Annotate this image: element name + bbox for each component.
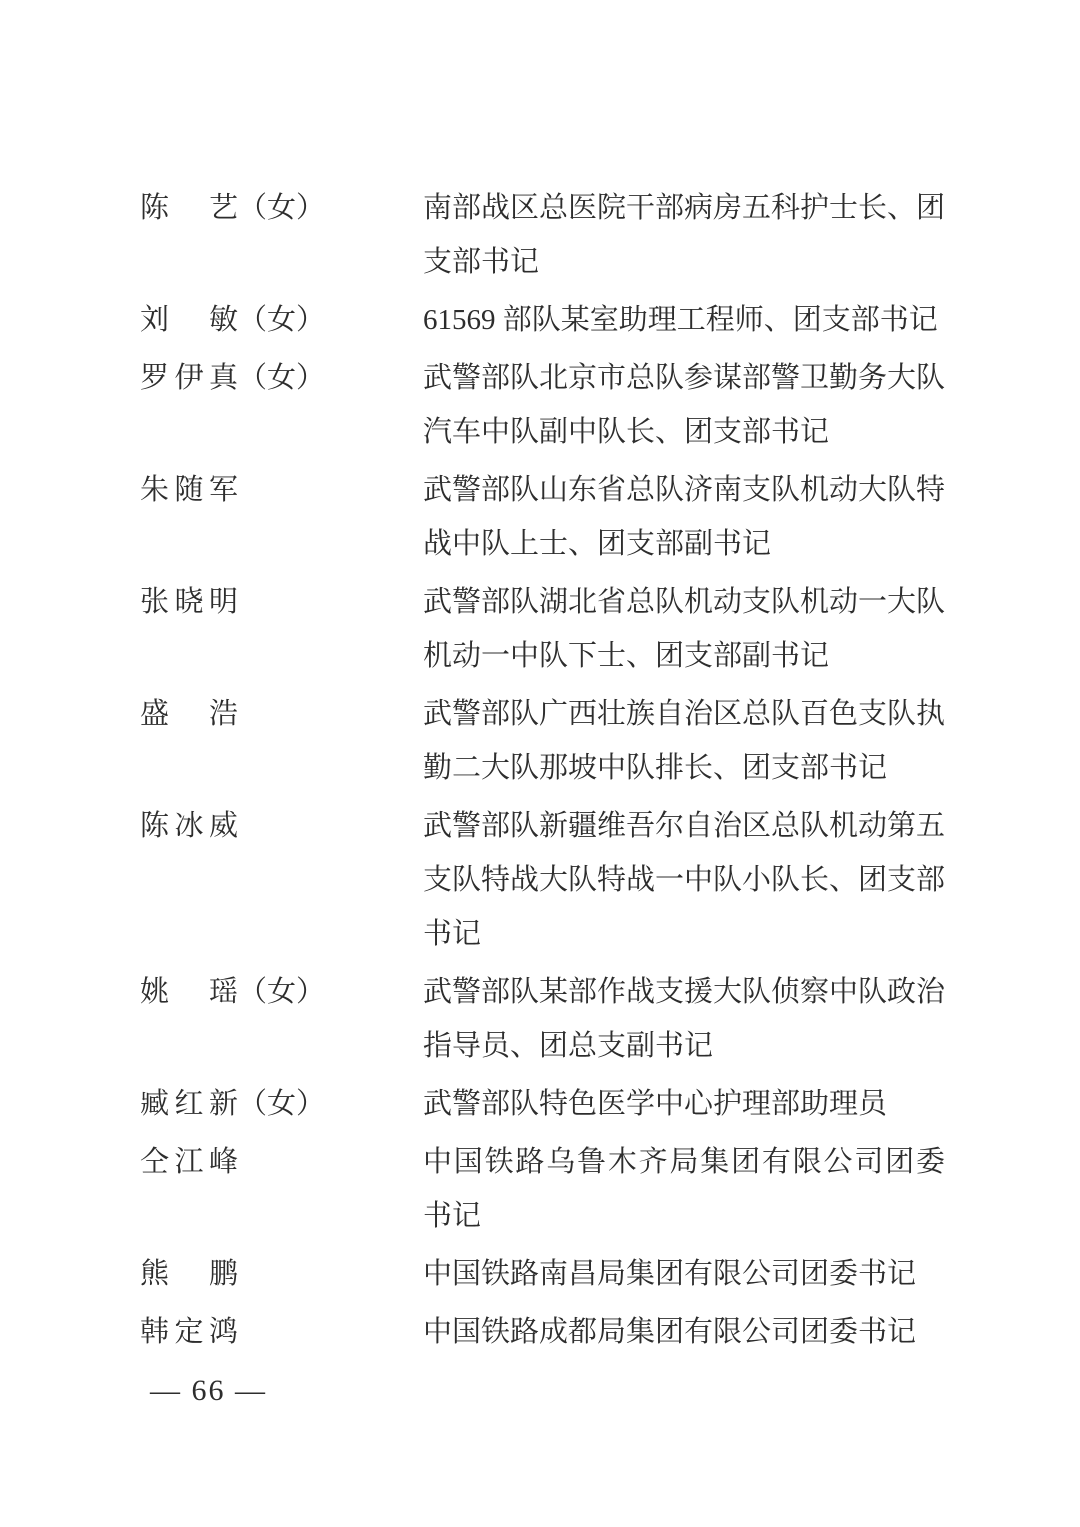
list-entry: 朱随军 武警部队山东省总队济南支队机动大队特 战中队上士、团支部副书记 <box>140 463 1080 571</box>
awardee-name: 臧红新 <box>140 1077 238 1131</box>
position-line: 武警部队特色医学中心护理部助理员 <box>423 1077 945 1131</box>
position-line: 机动一中队下士、团支部副书记 <box>423 629 945 683</box>
position-line: 武警部队北京市总队参谋部警卫勤务大队 <box>423 351 945 405</box>
position-line: 武警部队新疆维吾尔自治区总队机动第五 <box>423 799 945 853</box>
position-line: 中国铁路成都局集团有限公司团委书记 <box>423 1305 945 1359</box>
awardee-name-cell: 臧红新（女） <box>140 1077 423 1131</box>
list-entry: 陈艺（女） 南部战区总医院干部病房五科护士长、团 支部书记 <box>140 181 1080 289</box>
position-line: 支部书记 <box>423 235 945 289</box>
position-line: 61569 部队某室助理工程师、团支部书记 <box>423 293 945 347</box>
gender-note: （女） <box>238 181 325 235</box>
awardee-name: 朱随军 <box>140 463 238 517</box>
position-line: 武警部队广西壮族自治区总队百色支队执 <box>423 687 945 741</box>
awardee-name-cell: 陈冰威 <box>140 799 423 853</box>
awardee-name-cell: 陈艺（女） <box>140 181 423 235</box>
gender-note: （女） <box>238 965 325 1019</box>
document-page: 陈艺（女） 南部战区总医院干部病房五科护士长、团 支部书记 刘敏（女） 6156… <box>0 0 1080 1527</box>
awardee-name-cell: 韩定鸿 <box>140 1305 423 1359</box>
position-line: 汽车中队副中队长、团支部书记 <box>423 405 945 459</box>
awardee-position-cell: 南部战区总医院干部病房五科护士长、团 支部书记 <box>423 181 945 289</box>
position-line: 书记 <box>423 1189 945 1243</box>
awardee-name-cell: 仝江峰 <box>140 1135 423 1189</box>
awardee-name: 陈艺 <box>140 181 238 235</box>
awardee-name: 熊鹏 <box>140 1247 238 1301</box>
awardee-name: 刘敏 <box>140 293 238 347</box>
list-entry: 韩定鸿 中国铁路成都局集团有限公司团委书记 <box>140 1305 1080 1359</box>
list-entry: 盛浩 武警部队广西壮族自治区总队百色支队执 勤二大队那坡中队排长、团支部书记 <box>140 687 1080 795</box>
list-entry: 臧红新（女） 武警部队特色医学中心护理部助理员 <box>140 1077 1080 1131</box>
awardee-name: 姚瑶 <box>140 965 238 1019</box>
awardee-position-cell: 中国铁路乌鲁木齐局集团有限公司团委 书记 <box>423 1135 945 1243</box>
gender-note: （女） <box>238 293 325 347</box>
list-entry: 陈冰威 武警部队新疆维吾尔自治区总队机动第五 支队特战大队特战一中队小队长、团支… <box>140 799 1080 961</box>
awardee-name-cell: 姚瑶（女） <box>140 965 423 1019</box>
awardee-name-cell: 盛浩 <box>140 687 423 741</box>
awardee-name: 张晓明 <box>140 575 238 629</box>
awardee-name-cell: 罗伊真（女） <box>140 351 423 405</box>
position-line: 战中队上士、团支部副书记 <box>423 517 945 571</box>
awardee-name-cell: 朱随军 <box>140 463 423 517</box>
awardee-name: 仝江峰 <box>140 1135 238 1189</box>
awardee-position-cell: 武警部队新疆维吾尔自治区总队机动第五 支队特战大队特战一中队小队长、团支部 书记 <box>423 799 945 961</box>
awardee-position-cell: 武警部队湖北省总队机动支队机动一大队 机动一中队下士、团支部副书记 <box>423 575 945 683</box>
awardee-position-cell: 中国铁路成都局集团有限公司团委书记 <box>423 1305 945 1359</box>
list-entry: 张晓明 武警部队湖北省总队机动支队机动一大队 机动一中队下士、团支部副书记 <box>140 575 1080 683</box>
gender-note: （女） <box>238 1077 325 1131</box>
position-line: 中国铁路南昌局集团有限公司团委书记 <box>423 1247 945 1301</box>
position-line: 武警部队湖北省总队机动支队机动一大队 <box>423 575 945 629</box>
list-entry: 刘敏（女） 61569 部队某室助理工程师、团支部书记 <box>140 293 1080 347</box>
position-line: 指导员、团总支副书记 <box>423 1019 945 1073</box>
awardee-name: 陈冰威 <box>140 799 238 853</box>
awardee-position-cell: 61569 部队某室助理工程师、团支部书记 <box>423 293 945 347</box>
awardee-name: 罗伊真 <box>140 351 238 405</box>
position-line: 书记 <box>423 907 945 961</box>
gender-note: （女） <box>238 351 325 405</box>
list-entry: 姚瑶（女） 武警部队某部作战支援大队侦察中队政治 指导员、团总支副书记 <box>140 965 1080 1073</box>
position-line: 武警部队山东省总队济南支队机动大队特 <box>423 463 945 517</box>
awardee-position-cell: 武警部队特色医学中心护理部助理员 <box>423 1077 945 1131</box>
position-line: 支队特战大队特战一中队小队长、团支部 <box>423 853 945 907</box>
list-entry: 罗伊真（女） 武警部队北京市总队参谋部警卫勤务大队 汽车中队副中队长、团支部书记 <box>140 351 1080 459</box>
awardee-name: 盛浩 <box>140 687 238 741</box>
awardee-position-cell: 武警部队山东省总队济南支队机动大队特 战中队上士、团支部副书记 <box>423 463 945 571</box>
list-entry: 熊鹏 中国铁路南昌局集团有限公司团委书记 <box>140 1247 1080 1301</box>
position-line: 中国铁路乌鲁木齐局集团有限公司团委 <box>423 1135 945 1189</box>
list-entry: 仝江峰 中国铁路乌鲁木齐局集团有限公司团委 书记 <box>140 1135 1080 1243</box>
position-line: 南部战区总医院干部病房五科护士长、团 <box>423 181 945 235</box>
awardee-name-cell: 熊鹏 <box>140 1247 423 1301</box>
position-line: 武警部队某部作战支援大队侦察中队政治 <box>423 965 945 1019</box>
awardee-position-cell: 武警部队某部作战支援大队侦察中队政治 指导员、团总支副书记 <box>423 965 945 1073</box>
awardee-position-cell: 中国铁路南昌局集团有限公司团委书记 <box>423 1247 945 1301</box>
awardee-position-cell: 武警部队北京市总队参谋部警卫勤务大队 汽车中队副中队长、团支部书记 <box>423 351 945 459</box>
awardee-name-cell: 刘敏（女） <box>140 293 423 347</box>
page-number: — 66 — <box>140 1364 1080 1418</box>
awardee-name: 韩定鸿 <box>140 1305 238 1359</box>
position-line: 勤二大队那坡中队排长、团支部书记 <box>423 741 945 795</box>
awardee-name-cell: 张晓明 <box>140 575 423 629</box>
awardee-position-cell: 武警部队广西壮族自治区总队百色支队执 勤二大队那坡中队排长、团支部书记 <box>423 687 945 795</box>
